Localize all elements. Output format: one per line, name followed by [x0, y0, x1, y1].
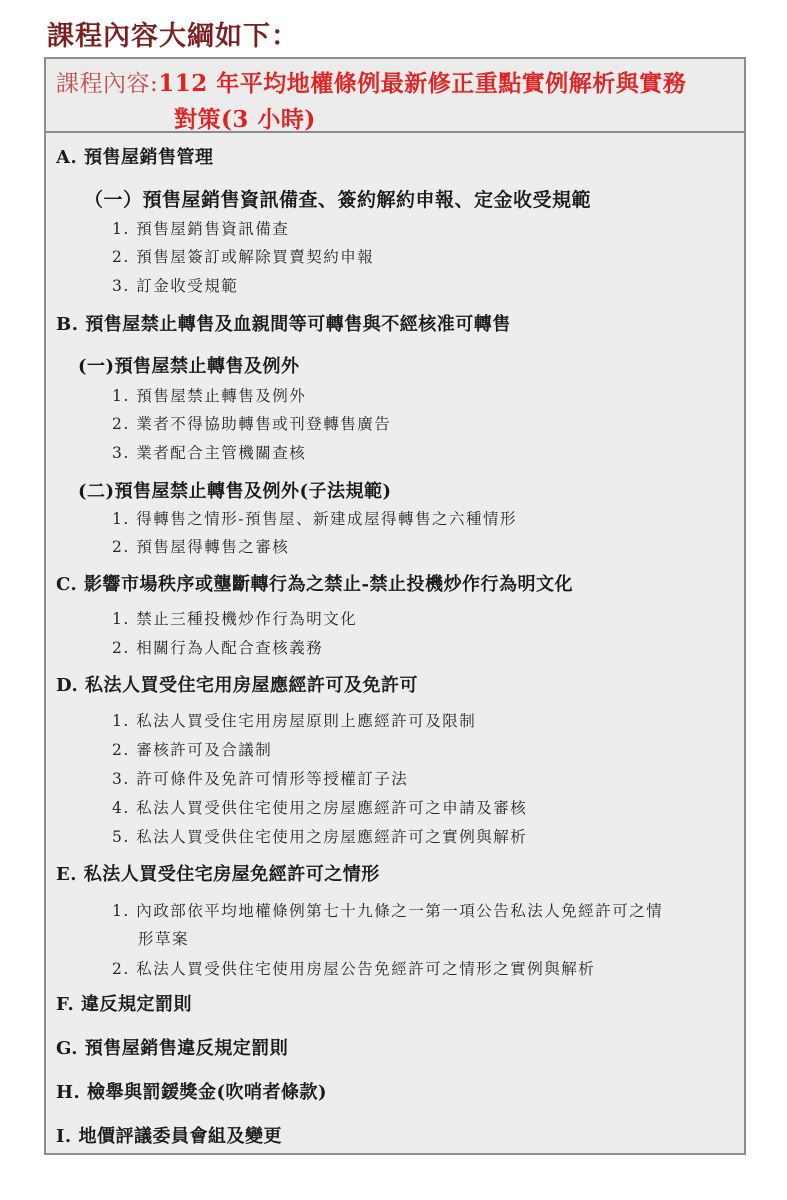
- list-item: 2. 相關行為人配合查核義務: [112, 636, 323, 658]
- section-a-sub-1: （一）預售屋銷售資訊備查、簽約解約申報、定金收受規範: [84, 185, 591, 212]
- list-item: 5. 私法人買受供住宅使用之房屋應經許可之實例與解析: [112, 825, 527, 847]
- section-d-heading: D. 私法人買受住宅用房屋應經許可及免許可: [56, 671, 418, 697]
- list-item: 4. 私法人買受供住宅使用之房屋應經許可之申請及審核: [112, 796, 527, 818]
- section-h-heading: H. 檢舉與罰鍰獎金(吹哨者條款): [56, 1078, 327, 1104]
- list-item: 1. 預售屋禁止轉售及例外: [112, 384, 306, 406]
- section-c-heading: C. 影響市場秩序或壟斷轉行為之禁止-禁止投機炒作行為明文化: [56, 570, 573, 596]
- list-item: 1. 內政部依平均地權條例第七十九條之一第一項公告私法人免經許可之情: [112, 899, 663, 921]
- page-title: 課程內容大綱如下：: [47, 14, 299, 53]
- list-item: 1. 預售屋銷售資訊備查: [112, 217, 289, 239]
- course-outline-table: 課程內容:112 年平均地權條例最新修正重點實例解析與實務 對策(3 小時) A…: [44, 57, 746, 1155]
- list-item: 2. 審核許可及合議制: [112, 738, 272, 760]
- list-item: 3. 許可條件及免許可情形等授權訂子法: [112, 767, 408, 789]
- section-e-heading: E. 私法人買受住宅房屋免經許可之情形: [56, 860, 380, 886]
- section-i-heading: I. 地價評議委員會組及變更: [56, 1122, 282, 1148]
- list-item-continuation: 形草案: [138, 927, 189, 949]
- section-a-heading: A. 預售屋銷售管理: [56, 143, 214, 169]
- section-b-sub-2: (二)預售屋禁止轉售及例外(子法規範): [78, 477, 392, 503]
- list-item: 2. 私法人買受供住宅使用房屋公告免經許可之情形之實例與解析: [112, 957, 595, 979]
- list-item: 1. 私法人買受住宅用房屋原則上應經許可及限制: [112, 709, 476, 731]
- list-item: 2. 業者不得協助轉售或刊登轉售廣告: [112, 412, 391, 434]
- course-header-cell: 課程內容:112 年平均地權條例最新修正重點實例解析與實務 對策(3 小時): [46, 59, 744, 133]
- course-title-line2: 對策(3 小時): [174, 101, 316, 134]
- list-item: 1. 得轉售之情形-預售屋、新建成屋得轉售之六種情形: [112, 507, 517, 529]
- section-f-heading: F. 違反規定罰則: [56, 990, 192, 1016]
- section-b-heading: B. 預售屋禁止轉售及血親間等可轉售與不經核准可轉售: [56, 310, 511, 336]
- list-item: 1. 禁止三種投機炒作行為明文化: [112, 607, 357, 629]
- section-g-heading: G. 預售屋銷售違反規定罰則: [56, 1034, 288, 1060]
- list-item: 2. 預售屋簽訂或解除買賣契約申報: [112, 245, 374, 267]
- list-item: 3. 業者配合主管機關查核: [112, 441, 306, 463]
- course-title-text: 112 年平均地權條例最新修正重點實例解析與實務: [158, 70, 686, 97]
- course-title-line1: 課程內容:112 年平均地權條例最新修正重點實例解析與實務: [56, 65, 686, 98]
- section-b-sub-1: (一)預售屋禁止轉售及例外: [78, 352, 300, 378]
- list-item: 2. 預售屋得轉售之審核: [112, 535, 289, 557]
- list-item: 3. 訂金收受規範: [112, 274, 238, 296]
- course-content-label: 課程內容:: [56, 71, 158, 97]
